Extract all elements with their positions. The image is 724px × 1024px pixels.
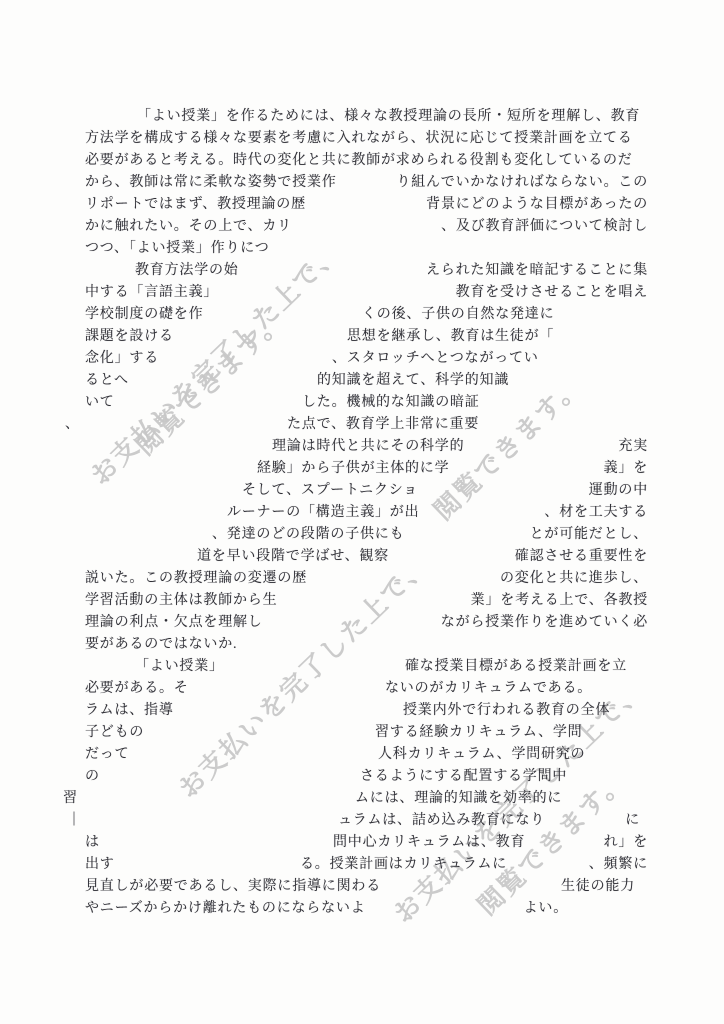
text-fragment: 、頻繁に	[589, 856, 648, 874]
text-fragment: 習	[63, 790, 78, 808]
text-fragment: ｜	[67, 812, 82, 830]
text-fragment: 方法学を構成する様々な要素を考慮に入れながら、状況に応じて授業計画を立てる	[85, 130, 633, 148]
text-line: 出する。授業計画はカリキュラムに、頻繁に	[85, 856, 648, 876]
text-line: ｜ュラムは、詰め込み教育になりに	[85, 812, 648, 832]
text-fragment: とが可能だとし、	[530, 526, 648, 544]
text-line: いてした。機械的な知識の暗証	[85, 394, 648, 414]
text-fragment: の	[85, 768, 100, 786]
text-fragment: 背景にどのような目標があったの	[426, 196, 648, 214]
text-line: は問中心カリキュラムは、教育れ」を	[85, 834, 648, 854]
text-fragment: 習する経験カリキュラム、学問	[375, 724, 582, 742]
text-fragment: 思想を継承し、教育は生徒が「	[347, 328, 554, 346]
text-fragment: 授業内外で行われる教育の全体	[403, 702, 610, 720]
text-fragment: 、材を工夫する	[544, 504, 648, 522]
text-line: 理論は時代と共にその科学的充実	[85, 438, 648, 458]
text-fragment: り組んでいかなければならない。この	[396, 174, 648, 192]
text-fragment: ルーナーの「構造主義」が出	[227, 504, 419, 522]
text-line: 要があるのではないか.	[85, 636, 648, 656]
text-fragment: 理論の利点・欠点を理解し	[85, 614, 263, 632]
text-fragment: ュラムは、詰め込み教育になり	[338, 812, 545, 830]
text-fragment: 義」を	[604, 460, 648, 478]
text-fragment: 学校制度の礎を作	[85, 306, 203, 324]
text-fragment: ムには、理論的知識を効率的に	[355, 790, 562, 808]
scanned-page: お支払いを完了した上で、閲覧できます。閲覧できます。お支払いを完了した上で、お支…	[0, 0, 724, 1024]
text-line: 「よい授業」を作るためには、様々な教授理論の長所・短所を理解し、教育	[85, 108, 648, 128]
text-line: 道を早い段階で学ばせ、観察確認させる重要性を	[85, 548, 648, 568]
text-line: 「よい授業」確な授業目標がある授業計画を立	[85, 658, 648, 678]
text-fragment: 充実	[618, 438, 648, 456]
text-fragment: やニーズからかけ離れたものにならないよ	[85, 900, 366, 918]
text-fragment: れ」を	[604, 834, 648, 852]
text-line: 経験」から子供が主体的に学義」を	[85, 460, 648, 480]
text-fragment: そして、スプートニクショ	[242, 482, 418, 500]
text-line: 教育方法学の始えられた知識を暗記することに集	[85, 262, 648, 282]
text-line: リポートではまず、教授理論の歴背景にどのような目標があったの	[85, 196, 648, 216]
text-fragment: 的知識を超えて、科学的知識	[317, 372, 509, 390]
text-line: かに触れたい。その上で、カリ、及び教育評価について検討し	[85, 218, 648, 238]
text-fragment: 念化」する	[85, 350, 159, 368]
text-line: るとへ的知識を超えて、科学的知識	[85, 372, 648, 392]
text-fragment: した。機械的な知識の暗証	[302, 394, 480, 412]
text-fragment: 子どもの	[85, 724, 144, 742]
text-fragment: 確認させる重要性を	[515, 548, 648, 566]
text-fragment: 道を早い段階で学ばせ、観察	[197, 548, 389, 566]
text-fragment: るとへ	[85, 372, 129, 390]
text-line: 、発達のどの段階の子供にもとが可能だとし、	[85, 526, 648, 546]
text-fragment: 学習活動の主体は教師から生	[85, 592, 277, 610]
text-line: 方法学を構成する様々な要素を考慮に入れながら、状況に応じて授業計画を立てる	[85, 130, 648, 150]
text-line: 説いた。この教授理論の変遷の歴の変化と共に進歩し、	[85, 570, 648, 590]
text-fragment: 問中心カリキュラムは、教育	[333, 834, 525, 852]
text-fragment: は	[85, 834, 100, 852]
text-fragment: た点で、教育学上非常に重要	[287, 416, 479, 434]
text-fragment: 見直しが必要であるし、実際に指導に関わる	[85, 878, 381, 896]
text-fragment: 課題を設ける	[85, 328, 174, 346]
text-line: 見直しが必要であるし、実際に指導に関わる生徒の能力	[85, 878, 648, 898]
text-line: 、た点で、教育学上非常に重要	[85, 416, 648, 436]
text-fragment: 出す	[85, 856, 115, 874]
text-fragment: つつ、「よい授業」作りにつ	[85, 240, 270, 258]
text-fragment: に	[625, 812, 640, 830]
text-fragment: 生徒の能力	[561, 878, 635, 896]
text-fragment: だって	[85, 746, 129, 764]
text-line: 必要があると考える。時代の変化と共に教師が求められる役割も変化しているのだ	[85, 152, 648, 172]
text-line: 学校制度の礎を作くの後、子供の自然な発達に	[85, 306, 648, 326]
text-fragment: さるようにする配置する学問中	[360, 768, 567, 786]
text-line: 中する「言語主義」教育を受けさせることを唱え	[85, 284, 648, 304]
text-fragment: 「よい授業」	[135, 658, 224, 676]
text-fragment: 業」を考える上で、各教授	[471, 592, 648, 610]
text-fragment: ないのがカリキュラムである。	[385, 680, 592, 698]
text-fragment: 、スタロッチへとつながってい	[332, 350, 539, 368]
text-fragment: ながら授業作りを進めていく必	[441, 614, 648, 632]
text-fragment: 必要がある。そ	[85, 680, 189, 698]
text-line: 念化」する、スタロッチへとつながってい	[85, 350, 648, 370]
text-fragment: くの後、子供の自然な発達に	[362, 306, 554, 324]
text-fragment: 必要があると考える。時代の変化と共に教師が求められる役割も変化しているのだ	[85, 152, 633, 170]
text-fragment: 人科カリキュラム、学問研究の	[378, 746, 585, 764]
text-line: ルーナーの「構造主義」が出、材を工夫する	[85, 504, 648, 524]
text-line: 理論の利点・欠点を理解しながら授業作りを進めていく必	[85, 614, 648, 634]
text-fragment: 確な授業目標がある授業計画を立	[405, 658, 627, 676]
text-fragment: 運動の中	[589, 482, 648, 500]
text-fragment: 説いた。この教授理論の変遷の歴	[85, 570, 307, 588]
text-fragment: 教育方法学の始	[135, 262, 239, 280]
text-fragment: から、教師は常に柔軟な姿勢で授業作	[85, 174, 337, 192]
text-line: ラムは、指導授業内外で行われる教育の全体	[85, 702, 648, 722]
text-fragment: リポートではまず、教授理論の歴	[85, 196, 306, 214]
text-fragment: 、	[65, 416, 80, 434]
text-line: つつ、「よい授業」作りにつ	[85, 240, 648, 260]
text-line: のさるようにする配置する学問中	[85, 768, 648, 788]
text-fragment: 「よい授業」を作るためには、様々な教授理論の長所・短所を理解し、教育	[137, 108, 640, 126]
text-fragment: 要があるのではないか.	[85, 636, 237, 654]
text-fragment: 、発達のどの段階の子供にも	[212, 526, 404, 544]
text-line: 課題を設ける思想を継承し、教育は生徒が「	[85, 328, 648, 348]
text-fragment: 理論は時代と共にその科学的	[272, 438, 464, 456]
text-fragment: よい。	[524, 900, 568, 918]
text-line: から、教師は常に柔軟な姿勢で授業作り組んでいかなければならない。この	[85, 174, 648, 194]
text-fragment: ラムは、指導	[85, 702, 174, 720]
text-line: 学習活動の主体は教師から生業」を考える上で、各教授	[85, 592, 648, 612]
text-line: だって人科カリキュラム、学問研究の	[85, 746, 648, 766]
text-line: そして、スプートニクショ運動の中	[85, 482, 648, 502]
text-fragment: かに触れたい。その上で、カリ	[85, 218, 292, 236]
text-fragment: の変化と共に進歩し、	[500, 570, 648, 588]
text-fragment: えられた知識を暗記することに集	[426, 262, 648, 280]
text-fragment: 中する「言語主義」	[85, 284, 218, 302]
document-text: 「よい授業」を作るためには、様々な教授理論の長所・短所を理解し、教育方法学を構成…	[85, 0, 648, 1024]
text-fragment: る。授業計画はカリキュラムに	[300, 856, 507, 874]
text-fragment: 、及び教育評価について検討し	[441, 218, 648, 236]
text-fragment: 教育を受けさせることを唱え	[456, 284, 648, 302]
text-fragment: いて	[85, 394, 115, 412]
text-fragment: 経験」から子供が主体的に学	[257, 460, 449, 478]
text-line: 子どもの習する経験カリキュラム、学問	[85, 724, 648, 744]
text-line: 習ムには、理論的知識を効率的に	[85, 790, 648, 810]
text-line: やニーズからかけ離れたものにならないよよい。	[85, 900, 648, 920]
text-line: 必要がある。そないのがカリキュラムである。	[85, 680, 648, 700]
